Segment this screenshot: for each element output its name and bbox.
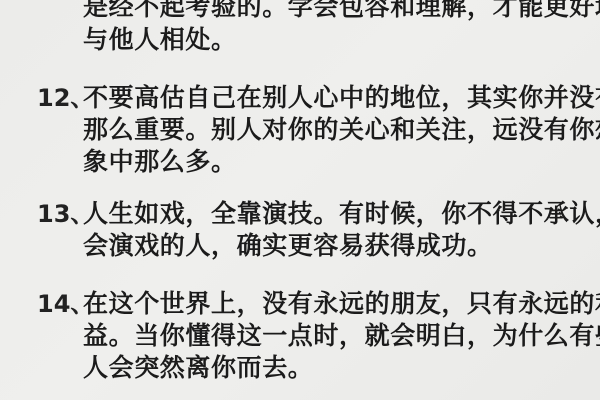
- item-text-line: 在这个世界上，没有永远的朋友，只有永远的利: [83, 288, 600, 320]
- item-text-line: 不要高估自己在别人心中的地位，其实你并没有: [83, 82, 600, 114]
- item-text-line: 人会突然离你而去。: [83, 352, 313, 384]
- item-text-line: 人生如戏，全靠演技。有时候，你不得不承认，: [83, 198, 600, 230]
- item-text-line: 那么重要。别人对你的关心和关注，远没有你想: [83, 114, 600, 146]
- item-text-line: 会演戏的人，确实更容易获得成功。: [83, 230, 493, 262]
- item-text-line: 益。当你懂得这一点时，就会明白，为什么有些: [83, 320, 600, 352]
- document-page: 是经不起考验的。学会包容和理解，才能更好地 与他人相处。 12、 不要高估自己在…: [0, 0, 600, 400]
- item-text-line: 是经不起考验的。学会包容和理解，才能更好地: [83, 0, 600, 23]
- item-text-line: 象中那么多。: [83, 146, 237, 178]
- item-text-line: 与他人相处。: [83, 24, 237, 56]
